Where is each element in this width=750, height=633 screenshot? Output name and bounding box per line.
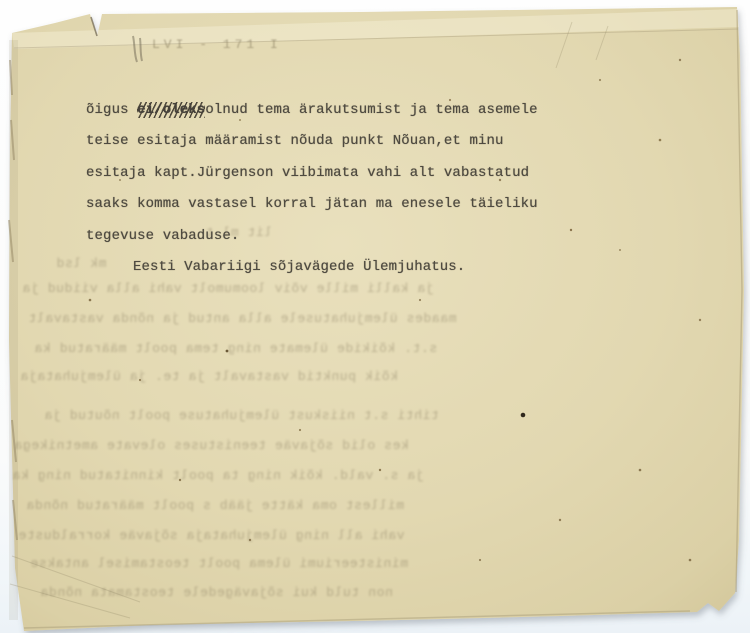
bleed-through-line: s.t. kõikide ülemate ning tema poolt mää… bbox=[34, 341, 437, 356]
typed-line: tegevuse vabaduse. bbox=[86, 226, 239, 246]
struck-text: ei/oleks bbox=[137, 102, 205, 118]
bleed-through-line: ja s. vald. kõik ning ta poolt kinnitatu… bbox=[12, 468, 424, 483]
bleed-through-line: vahi all ning ülemjuhataja sõjaväe korra… bbox=[18, 528, 404, 543]
typed-segment: esitaja kapt.Jürgenson viibimata vahi al… bbox=[86, 165, 529, 181]
typed-segment: teise esitaja määramist nõuda punkt Nõua… bbox=[86, 133, 504, 149]
bleed-through-line: kes olid sõjaväe teenistuses olevate ame… bbox=[14, 438, 409, 453]
typed-segment: olnud tema ärakutsumist ja tema asemele bbox=[205, 102, 537, 118]
typed-segment: saaks komma vastasel korral jätan ma ene… bbox=[86, 196, 538, 212]
typed-line: teise esitaja määramist nõuda punkt Nõua… bbox=[86, 131, 504, 151]
bleed-through-line: maades ülemjuhatusele alla antud ja nõnd… bbox=[28, 311, 456, 326]
bleed-through-line: kõik punktid vastavalt ja te. ja ülemjuh… bbox=[20, 369, 398, 384]
typed-line: Eesti Vabariigi sõjavägede Ülemjuhatus. bbox=[133, 257, 465, 277]
scan-background: LVI - 171 I lit ml tmk lsdja kalli mille… bbox=[0, 0, 750, 633]
typed-text-block: õigus ei/oleksolnud tema ärakutsumist ja… bbox=[86, 100, 666, 300]
bleed-through-line: tihti s.t niiskust ülemjuhatuse poolt nõ… bbox=[44, 408, 439, 423]
typed-segment: õigus bbox=[86, 102, 137, 118]
typed-line: esitaja kapt.Jürgenson viibimata vahi al… bbox=[86, 163, 529, 183]
bleed-through-line: non tuld kui sõjavägedele teostamata nõn… bbox=[40, 585, 393, 600]
bleed-through-line: ministeeriumi ülema poolt teostamisel an… bbox=[30, 556, 408, 571]
typed-segment: tegevuse vabaduse. bbox=[86, 228, 239, 244]
bleed-through-line: millest oma kätte jääb s poolt määratud … bbox=[26, 498, 404, 513]
typed-line: saaks komma vastasel korral jätan ma ene… bbox=[86, 194, 538, 214]
typed-segment: Eesti Vabariigi sõjavägede Ülemjuhatus. bbox=[133, 259, 465, 275]
bleed-through-block: lit ml tmk lsdja kalli mille võiv loomum… bbox=[0, 0, 750, 633]
typed-line: õigus ei/oleksolnud tema ärakutsumist ja… bbox=[86, 100, 538, 120]
